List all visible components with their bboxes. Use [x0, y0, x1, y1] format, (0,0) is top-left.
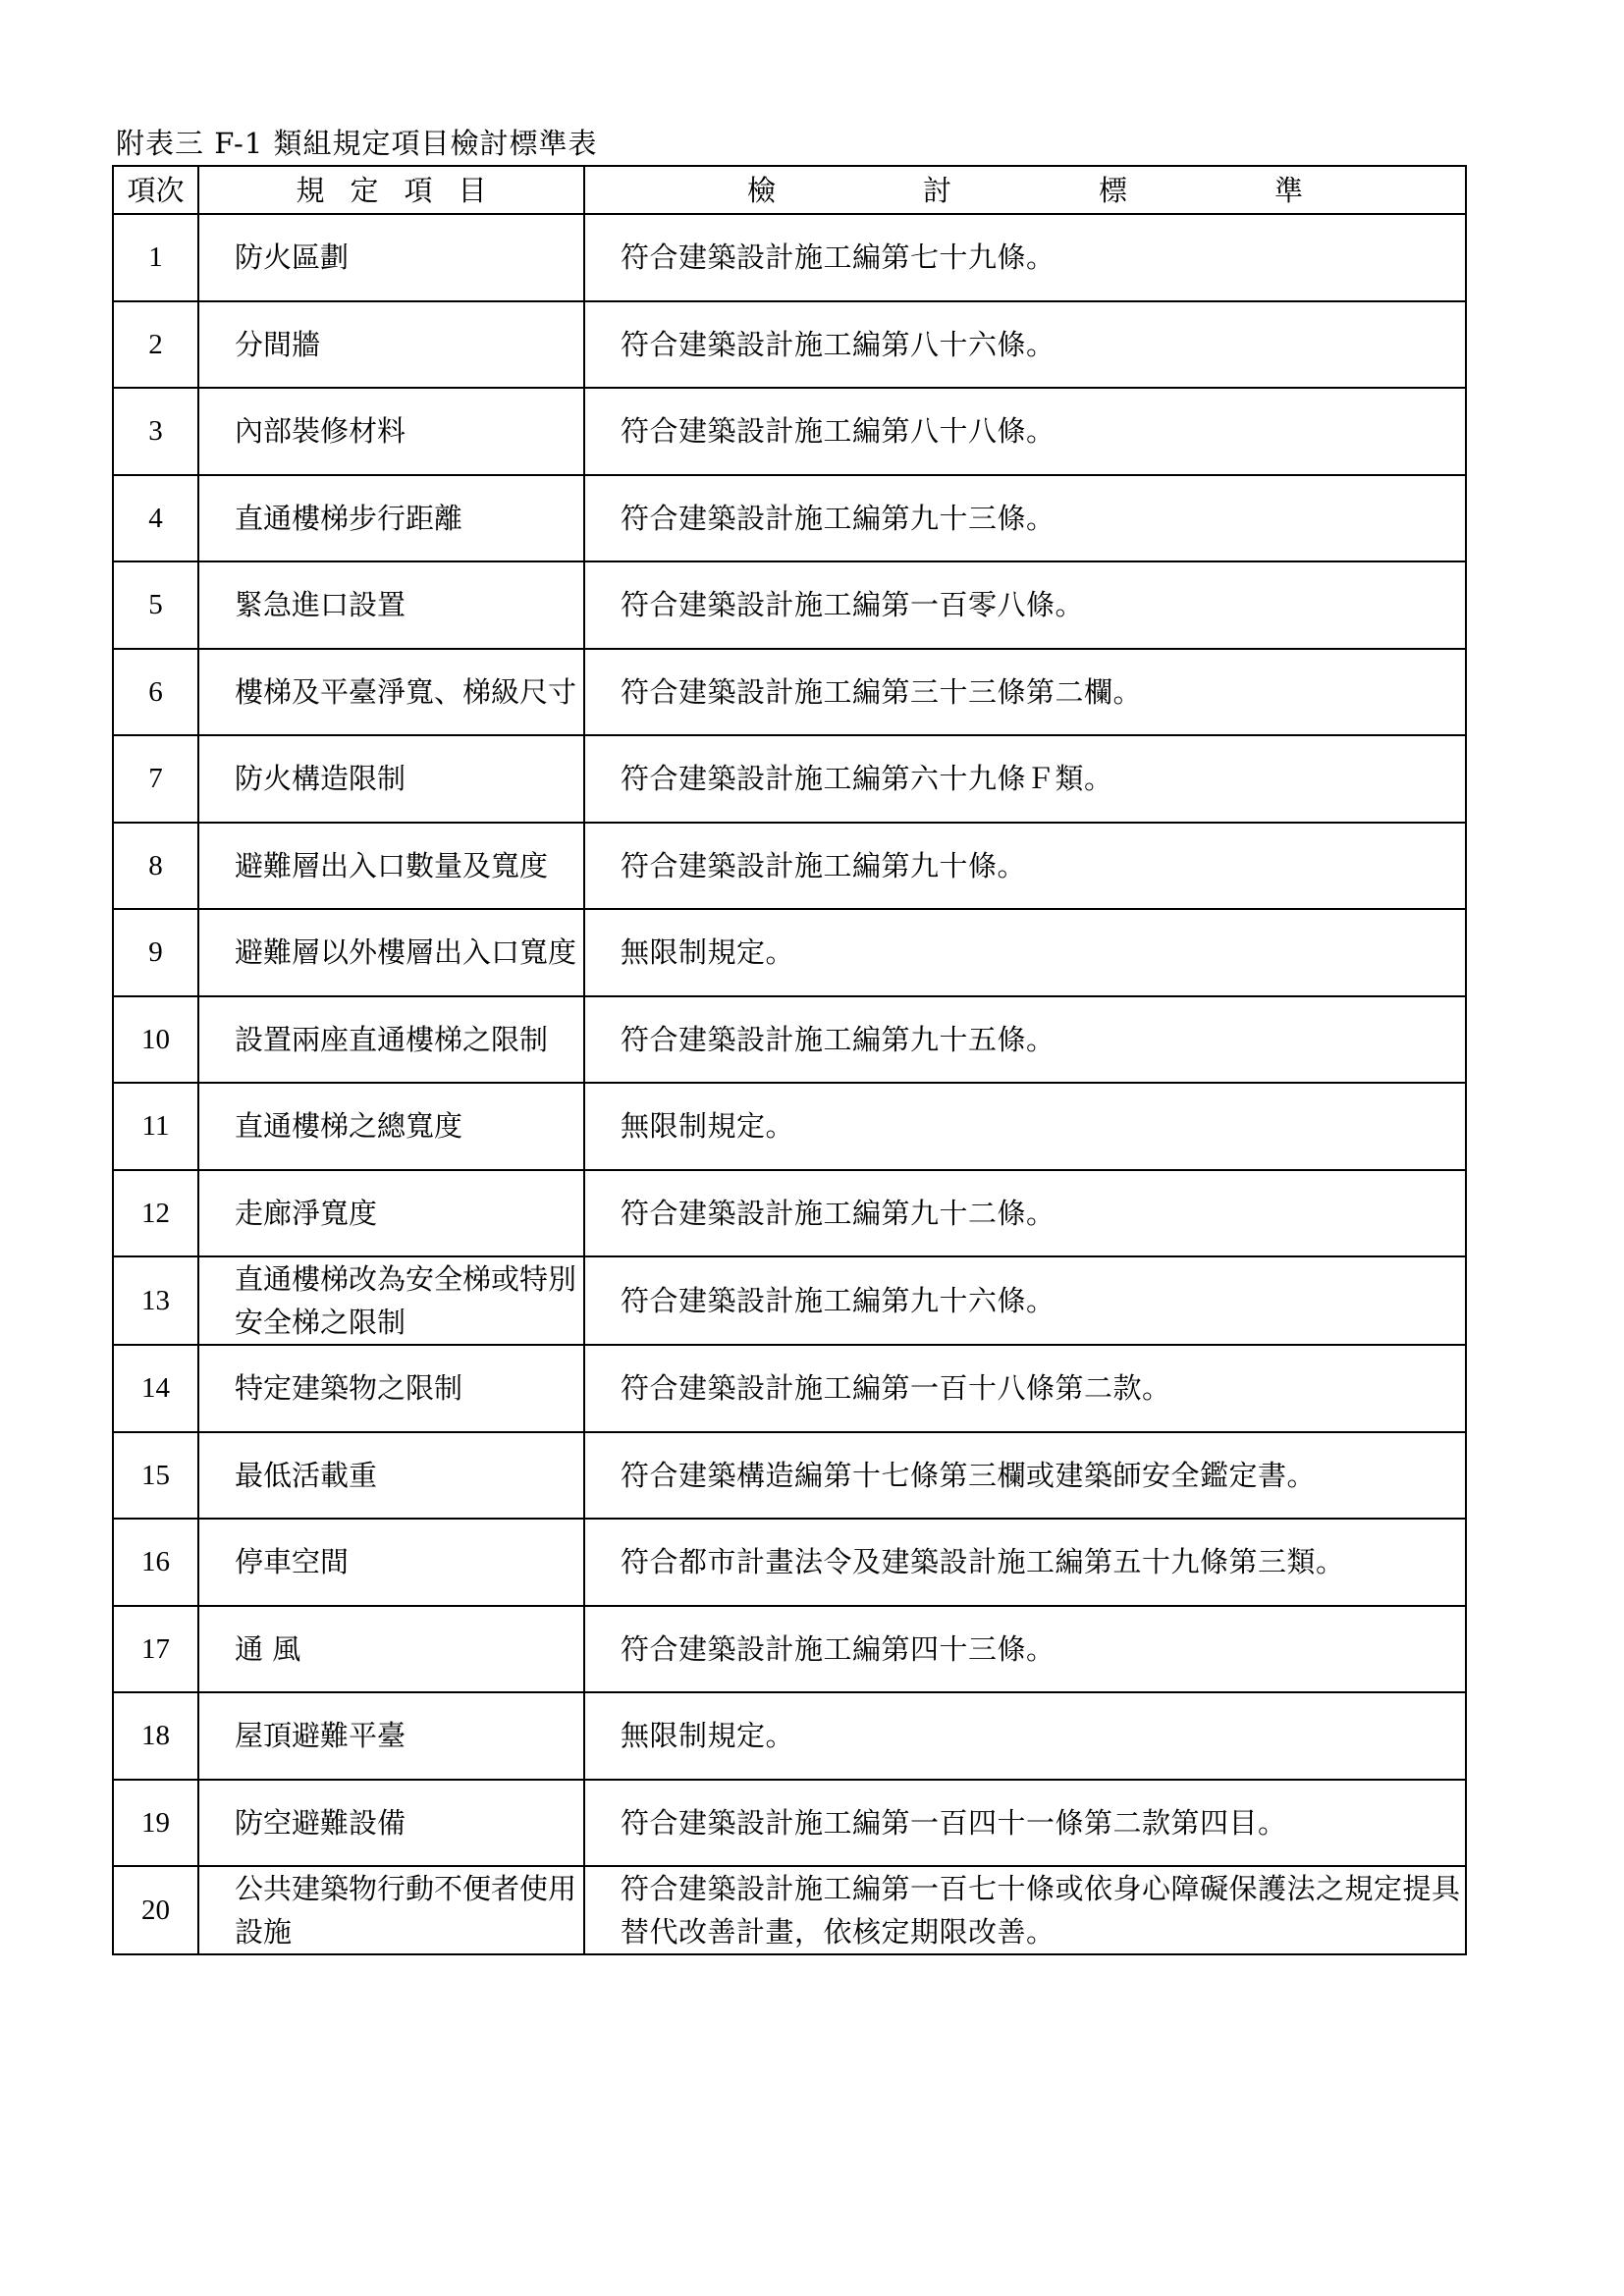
table-caption: 附表三 F-1 類組規定項目檢討標準表 — [116, 126, 598, 161]
row-number: 9 — [113, 909, 198, 996]
row-number: 10 — [113, 996, 198, 1084]
row-number: 19 — [113, 1780, 198, 1867]
row-standard-cell: 符合建築設計施工編第九十二條。 — [584, 1170, 1466, 1257]
row-standard: 符合建築設計施工編第九十六條。 — [585, 1279, 1465, 1322]
row-standard-cell: 符合建築設計施工編第八十八條。 — [584, 388, 1466, 475]
row-number: 5 — [113, 561, 198, 649]
row-item-cell: 直通樓梯改為安全梯或特別安全梯之限制 — [198, 1256, 584, 1345]
header-char: 定 — [350, 169, 378, 212]
row-number: 3 — [113, 388, 198, 475]
row-number: 7 — [113, 735, 198, 823]
row-standard: 符合建築設計施工編第八十八條。 — [585, 409, 1465, 453]
row-standard: 符合建築設計施工編第一百七十條或依身心障礙保護法之規定提具替代改善計畫，依核定期… — [585, 1867, 1465, 1953]
row-item-cell: 樓梯及平臺淨寬、梯級尺寸 — [198, 649, 584, 736]
table-row: 4 直通樓梯步行距離 符合建築設計施工編第九十三條。 — [113, 475, 1466, 562]
row-standard-cell: 符合建築設計施工編第七十九條。 — [584, 214, 1466, 301]
row-standard-cell: 符合建築設計施工編第四十三條。 — [584, 1606, 1466, 1693]
header-char: 檢 — [747, 169, 776, 212]
row-item-cell: 屋頂避難平臺 — [198, 1692, 584, 1780]
row-standard-cell: 符合建築設計施工編第九十六條。 — [584, 1256, 1466, 1345]
row-standard: 符合建築設計施工編第九十條。 — [585, 844, 1465, 887]
table-row: 1 防火區劃 符合建築設計施工編第七十九條。 — [113, 214, 1466, 301]
row-item: 樓梯及平臺淨寬、梯級尺寸 — [199, 670, 583, 714]
row-number: 16 — [113, 1519, 198, 1606]
table-row: 16 停車空間 符合都市計畫法令及建築設計施工編第五十九條第三類。 — [113, 1519, 1466, 1606]
table-row: 17 通 風 符合建築設計施工編第四十三條。 — [113, 1606, 1466, 1693]
row-item: 分間牆 — [199, 323, 583, 366]
table-row: 10 設置兩座直通樓梯之限制 符合建築設計施工編第九十五條。 — [113, 996, 1466, 1084]
row-standard-cell: 符合建築設計施工編第九十三條。 — [584, 475, 1466, 562]
row-standard-cell: 符合建築設計施工編第八十六條。 — [584, 301, 1466, 389]
header-review-standard: 檢討標準 — [584, 166, 1466, 214]
row-number: 18 — [113, 1692, 198, 1780]
row-standard: 無限制規定。 — [585, 1714, 1465, 1757]
header-char: 目 — [459, 169, 487, 212]
row-item: 停車空間 — [199, 1540, 583, 1583]
row-item-cell: 分間牆 — [198, 301, 584, 389]
row-standard: 符合建築設計施工編第六十九條Ｆ類。 — [585, 757, 1465, 800]
row-item-cell: 公共建築物行動不便者使用設施 — [198, 1866, 584, 1954]
row-item-cell: 內部裝修材料 — [198, 388, 584, 475]
row-standard: 符合建築設計施工編第一百十八條第二款。 — [585, 1366, 1465, 1410]
row-standard-cell: 無限制規定。 — [584, 1083, 1466, 1170]
row-item: 直通樓梯改為安全梯或特別安全梯之限制 — [199, 1257, 583, 1344]
table-row: 7 防火構造限制 符合建築設計施工編第六十九條Ｆ類。 — [113, 735, 1466, 823]
row-number: 15 — [113, 1432, 198, 1520]
row-standard-cell: 符合建築設計施工編第一百十八條第二款。 — [584, 1345, 1466, 1432]
row-standard: 符合建築設計施工編第九十三條。 — [585, 497, 1465, 540]
row-item: 通 風 — [199, 1628, 583, 1671]
row-standard-cell: 符合建築設計施工編第一百零八條。 — [584, 561, 1466, 649]
row-number: 8 — [113, 823, 198, 910]
row-standard: 無限制規定。 — [585, 931, 1465, 974]
row-number: 17 — [113, 1606, 198, 1693]
header-regulated-item: 規定項目 — [198, 166, 584, 214]
row-standard-cell: 符合建築構造編第十七條第三欄或建築師安全鑑定書。 — [584, 1432, 1466, 1520]
table-row: 19 防空避難設備 符合建築設計施工編第一百四十一條第二款第四目。 — [113, 1780, 1466, 1867]
row-item-cell: 避難層以外樓層出入口寬度 — [198, 909, 584, 996]
row-item-cell: 停車空間 — [198, 1519, 584, 1606]
row-item-cell: 緊急進口設置 — [198, 561, 584, 649]
row-standard: 符合建築設計施工編第八十六條。 — [585, 323, 1465, 366]
row-number: 2 — [113, 301, 198, 389]
table-row: 14 特定建築物之限制 符合建築設計施工編第一百十八條第二款。 — [113, 1345, 1466, 1432]
row-item-cell: 設置兩座直通樓梯之限制 — [198, 996, 584, 1084]
table-row: 8 避難層出入口數量及寬度 符合建築設計施工編第九十條。 — [113, 823, 1466, 910]
table-row: 13 直通樓梯改為安全梯或特別安全梯之限制 符合建築設計施工編第九十六條。 — [113, 1256, 1466, 1345]
table-row: 11 直通樓梯之總寬度 無限制規定。 — [113, 1083, 1466, 1170]
row-standard: 符合建築設計施工編第一百四十一條第二款第四目。 — [585, 1801, 1465, 1844]
row-standard-cell: 符合都市計畫法令及建築設計施工編第五十九條第三類。 — [584, 1519, 1466, 1606]
row-item-cell: 直通樓梯步行距離 — [198, 475, 584, 562]
row-standard-cell: 符合建築設計施工編第六十九條Ｆ類。 — [584, 735, 1466, 823]
table-row: 5 緊急進口設置 符合建築設計施工編第一百零八條。 — [113, 561, 1466, 649]
row-standard: 符合建築設計施工編第七十九條。 — [585, 236, 1465, 279]
row-standard: 符合建築構造編第十七條第三欄或建築師安全鑑定書。 — [585, 1454, 1465, 1497]
row-item-cell: 走廊淨寬度 — [198, 1170, 584, 1257]
table-row: 20 公共建築物行動不便者使用設施 符合建築設計施工編第一百七十條或依身心障礙保… — [113, 1866, 1466, 1954]
row-item: 防空避難設備 — [199, 1801, 583, 1844]
row-standard: 符合建築設計施工編第九十二條。 — [585, 1192, 1465, 1235]
row-item-cell: 避難層出入口數量及寬度 — [198, 823, 584, 910]
table-row: 6 樓梯及平臺淨寬、梯級尺寸 符合建築設計施工編第三十三條第二欄。 — [113, 649, 1466, 736]
row-number: 14 — [113, 1345, 198, 1432]
row-item: 特定建築物之限制 — [199, 1366, 583, 1410]
row-standard: 符合都市計畫法令及建築設計施工編第五十九條第三類。 — [585, 1540, 1465, 1583]
row-standard: 符合建築設計施工編第一百零八條。 — [585, 583, 1465, 626]
row-standard-cell: 符合建築設計施工編第九十五條。 — [584, 996, 1466, 1084]
row-item: 避難層以外樓層出入口寬度 — [199, 931, 583, 974]
row-item: 防火區劃 — [199, 236, 583, 279]
row-item: 公共建築物行動不便者使用設施 — [199, 1867, 583, 1953]
row-standard: 符合建築設計施工編第三十三條第二欄。 — [585, 670, 1465, 714]
row-item: 內部裝修材料 — [199, 409, 583, 453]
table-header-row: 項次 規定項目 檢討標準 — [113, 166, 1466, 214]
row-item: 避難層出入口數量及寬度 — [199, 844, 583, 887]
row-item-cell: 防空避難設備 — [198, 1780, 584, 1867]
row-item: 直通樓梯之總寬度 — [199, 1104, 583, 1148]
row-standard-cell: 符合建築設計施工編第三十三條第二欄。 — [584, 649, 1466, 736]
row-number: 11 — [113, 1083, 198, 1170]
row-standard-cell: 符合建築設計施工編第一百四十一條第二款第四目。 — [584, 1780, 1466, 1867]
row-number: 6 — [113, 649, 198, 736]
header-char: 規 — [296, 169, 324, 212]
row-item-cell: 最低活載重 — [198, 1432, 584, 1520]
row-item-cell: 通 風 — [198, 1606, 584, 1693]
row-standard-cell: 符合建築設計施工編第一百七十條或依身心障礙保護法之規定提具替代改善計畫，依核定期… — [584, 1866, 1466, 1954]
row-number: 4 — [113, 475, 198, 562]
table-row: 3 內部裝修材料 符合建築設計施工編第八十八條。 — [113, 388, 1466, 475]
row-standard-cell: 符合建築設計施工編第九十條。 — [584, 823, 1466, 910]
table-row: 18 屋頂避難平臺 無限制規定。 — [113, 1692, 1466, 1780]
header-char: 項 — [405, 169, 433, 212]
row-number: 1 — [113, 214, 198, 301]
row-item: 直通樓梯步行距離 — [199, 497, 583, 540]
header-item-number: 項次 — [113, 166, 198, 214]
table-row: 2 分間牆 符合建築設計施工編第八十六條。 — [113, 301, 1466, 389]
review-standards-table: 項次 規定項目 檢討標準 1 防火區劃 符合建築設計施工編第七十九條。 2 分間… — [112, 165, 1467, 1955]
row-standard: 無限制規定。 — [585, 1104, 1465, 1148]
row-item: 防火構造限制 — [199, 757, 583, 800]
row-item: 設置兩座直通樓梯之限制 — [199, 1018, 583, 1061]
row-item: 緊急進口設置 — [199, 583, 583, 626]
table-row: 9 避難層以外樓層出入口寬度 無限制規定。 — [113, 909, 1466, 996]
row-number: 13 — [113, 1256, 198, 1345]
row-item-cell: 防火區劃 — [198, 214, 584, 301]
row-standard: 符合建築設計施工編第九十五條。 — [585, 1018, 1465, 1061]
table-row: 15 最低活載重 符合建築構造編第十七條第三欄或建築師安全鑑定書。 — [113, 1432, 1466, 1520]
row-standard-cell: 無限制規定。 — [584, 909, 1466, 996]
row-standard-cell: 無限制規定。 — [584, 1692, 1466, 1780]
row-item-cell: 特定建築物之限制 — [198, 1345, 584, 1432]
row-item: 走廊淨寬度 — [199, 1192, 583, 1235]
row-item: 最低活載重 — [199, 1454, 583, 1497]
header-char: 準 — [1274, 169, 1303, 212]
row-number: 12 — [113, 1170, 198, 1257]
row-item-cell: 防火構造限制 — [198, 735, 584, 823]
header-char: 標 — [1099, 169, 1127, 212]
row-item: 屋頂避難平臺 — [199, 1714, 583, 1757]
header-char: 討 — [923, 169, 951, 212]
row-number: 20 — [113, 1866, 198, 1954]
table-row: 12 走廊淨寬度 符合建築設計施工編第九十二條。 — [113, 1170, 1466, 1257]
row-item-cell: 直通樓梯之總寬度 — [198, 1083, 584, 1170]
row-standard: 符合建築設計施工編第四十三條。 — [585, 1628, 1465, 1671]
